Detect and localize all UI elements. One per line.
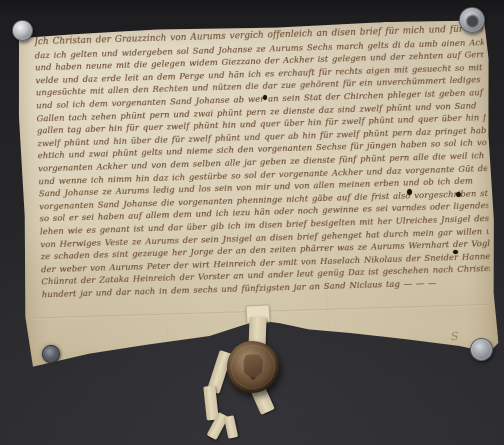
pushpin-top-left bbox=[12, 20, 33, 41]
manuscript-text-block: Jch Christan der Grauzzinch von Aurums v… bbox=[34, 23, 491, 301]
wax-seal bbox=[227, 341, 279, 393]
ink-blot bbox=[263, 95, 267, 100]
pushpin-bottom-left bbox=[42, 345, 60, 363]
seal-ribbon-end bbox=[224, 415, 238, 439]
photo: Jch Christan der Grauzzinch von Aurums v… bbox=[0, 0, 504, 445]
pushpin-bottom-right bbox=[470, 338, 493, 361]
pushpin-top-right bbox=[459, 7, 485, 33]
archival-mark: S bbox=[451, 330, 459, 343]
ink-blot bbox=[453, 250, 458, 254]
ink-blot bbox=[407, 189, 412, 195]
ink-blot bbox=[456, 192, 461, 197]
